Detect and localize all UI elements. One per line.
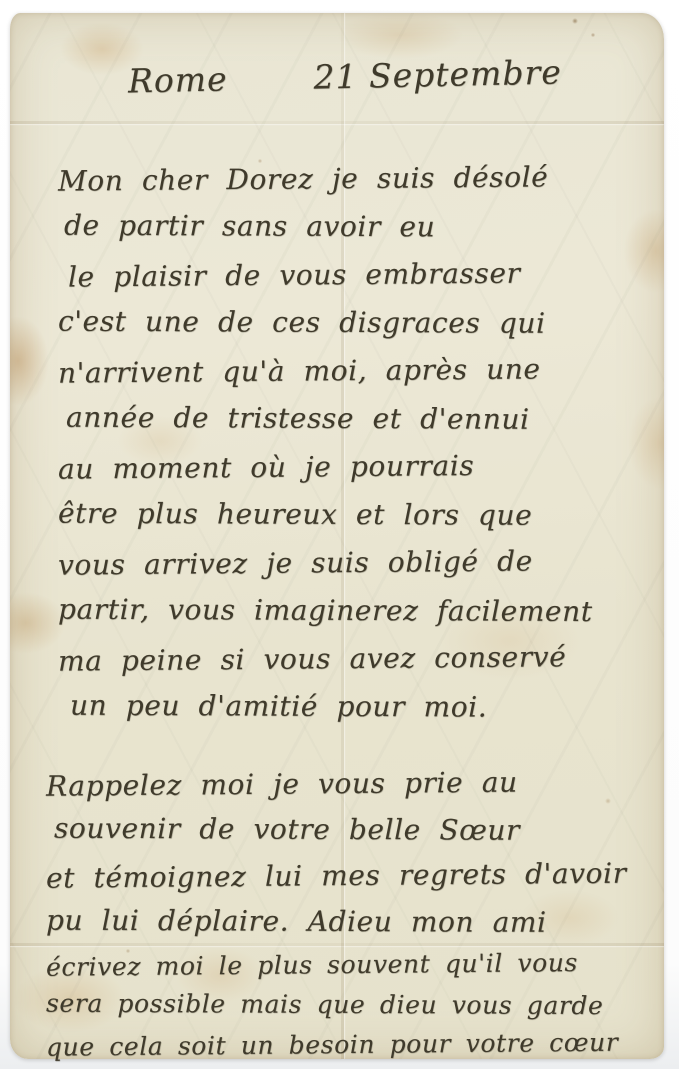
letter-line: c'est une de ces disgraces qui — [58, 298, 664, 349]
letter-line: pu lui déplaire. Adieu mon ami — [46, 898, 664, 947]
letter-line: n'arrivent qu'à moi, après une — [58, 344, 664, 397]
letter-line: de partir sans avoir eu — [58, 202, 664, 253]
paragraph-1: Mon cher Dorez je suis désolé de partir … — [10, 155, 664, 731]
letter-line: que cela soit un besoin pour votre cœur — [46, 1022, 664, 1067]
letter-line: vous arrivez je suis obligé de — [58, 536, 664, 589]
letter-line: un peu d'amitié pour moi. — [58, 682, 664, 733]
letter-line: au moment où je pourrais — [58, 440, 664, 493]
letter-line: et témoignez lui mes regrets d'avoir — [46, 850, 664, 901]
letter-line: ma peine si vous avez conservé — [58, 632, 664, 685]
letter-paper: Rome 21 Septembre Mon cher Dorez je suis… — [10, 13, 664, 1059]
letter-line: Rappelez moi je vous prie au — [46, 758, 664, 809]
letter-line: sera possible mais que dieu vous garde — [46, 984, 664, 1027]
letter-line: le plaisir de vous embrasser — [58, 248, 664, 301]
letter-line: être plus heureux et lors que — [58, 490, 664, 541]
letter-line: écrivez moi le plus souvent qu'il vous — [46, 942, 664, 987]
letter-line: année de tristesse et d'ennui — [58, 394, 664, 445]
letter-body: Rome 21 Septembre Mon cher Dorez je suis… — [10, 13, 664, 1059]
letter-line: Mon cher Dorez je suis désolé — [58, 152, 664, 205]
letter-date: 21 Septembre — [313, 52, 562, 96]
paragraph-2: Rappelez moi je vous prie au souvenir de… — [10, 761, 664, 1065]
letter-line: partir, vous imaginerez facilement — [58, 586, 664, 637]
place-name: Rome — [128, 59, 228, 100]
dateline: Rome 21 Septembre — [128, 52, 563, 100]
scan-background: Rome 21 Septembre Mon cher Dorez je suis… — [0, 0, 679, 1069]
letter-line: souvenir de votre belle Sœur — [46, 806, 664, 855]
